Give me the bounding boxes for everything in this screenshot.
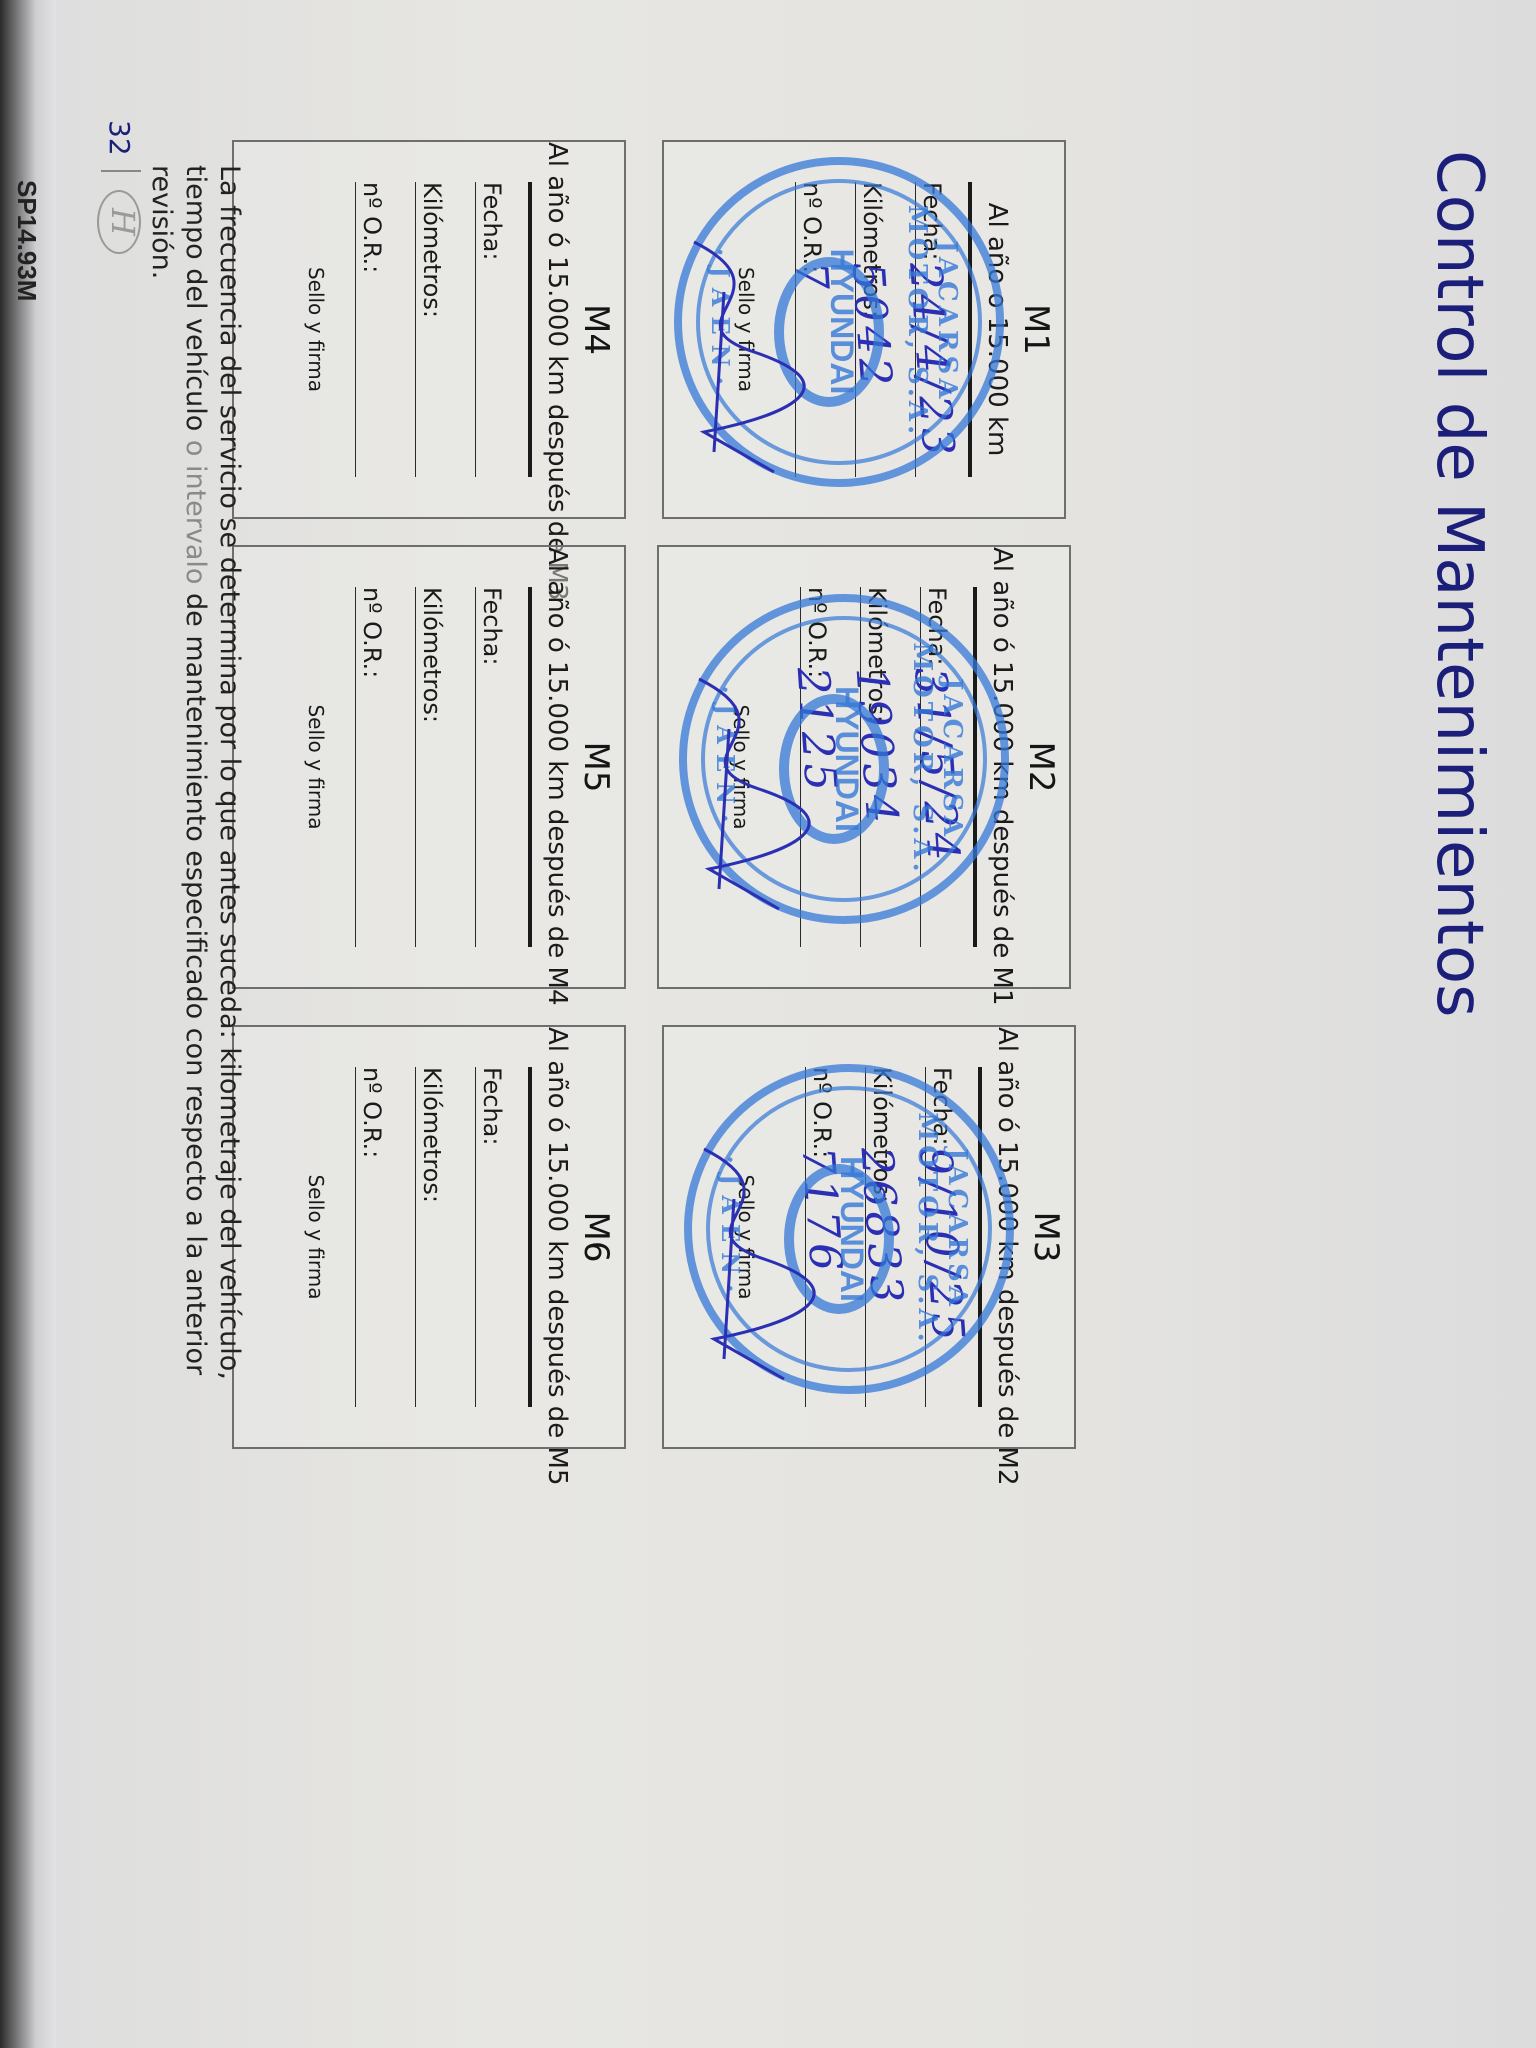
field-label: Fecha: bbox=[478, 587, 506, 665]
service-box-m6: M6Al año ó 15.000 km después de M5Fecha:… bbox=[232, 1025, 626, 1449]
handwritten-value: 24/4/23 bbox=[899, 260, 964, 461]
field-label: nº O.R.: bbox=[358, 587, 386, 678]
field-label: nº O.R.: bbox=[808, 1067, 836, 1158]
service-box-m5: M5Al año ó 15.000 km después de M4Fecha:… bbox=[232, 545, 626, 989]
service-interval: Al año ó 15.000 km después de M2 bbox=[992, 1027, 1022, 1447]
footnote-grey: o intervalo bbox=[180, 440, 211, 585]
kilometers-field[interactable]: Kilómetros:19034 bbox=[860, 587, 899, 947]
date-field[interactable]: Fecha:24/4/23 bbox=[915, 182, 954, 477]
kilometers-field[interactable]: Kilómetros: bbox=[415, 587, 454, 947]
handwritten-value: 26833 bbox=[850, 1145, 912, 1308]
field-label: Fecha: bbox=[478, 182, 506, 260]
or-number-field[interactable]: nº O.R.:2125 bbox=[800, 587, 839, 947]
kilometers-field[interactable]: Kilómetros: bbox=[415, 182, 454, 477]
service-code: M4 bbox=[576, 142, 616, 517]
field-label: nº O.R.: bbox=[803, 587, 831, 678]
stamp-signature-label: Sello y firma bbox=[304, 1027, 328, 1447]
or-number-field[interactable]: nº O.R.:7176 bbox=[805, 1067, 844, 1407]
date-field[interactable]: Fecha:31/5/24 bbox=[920, 587, 959, 947]
handwritten-value: 19034 bbox=[845, 665, 907, 828]
or-number-field[interactable]: nº O.R.:7 bbox=[795, 182, 834, 477]
date-field[interactable]: Fecha:9/10/25 bbox=[925, 1067, 964, 1407]
hyundai-logo-icon: H bbox=[97, 190, 141, 254]
stamp-city: ·JAEN· bbox=[706, 165, 735, 479]
stamp-signature-label: Sello y firma bbox=[304, 547, 328, 987]
kilometers-field[interactable]: Kilómetros: bbox=[415, 1067, 454, 1407]
service-interval: Al año ó 15.000 km después de M5 bbox=[542, 1027, 572, 1447]
service-box-m3: M3Al año ó 15.000 km después de M2Fecha:… bbox=[662, 1025, 1076, 1449]
page-separator bbox=[101, 170, 141, 172]
service-interval: Al año ó 15.000 km después de M1 bbox=[987, 547, 1017, 987]
handwritten-value: 31/5/24 bbox=[904, 665, 969, 866]
service-interval: Al año ó 15.000 km después de M3 bbox=[542, 142, 572, 517]
stamp-signature-label: Sello y firma bbox=[734, 142, 758, 517]
or-number-field[interactable]: nº O.R.: bbox=[355, 182, 394, 477]
handwritten-value: 9/10/25 bbox=[909, 1145, 974, 1346]
service-code: M2 bbox=[1021, 547, 1061, 987]
service-box-m2: M2Al año ó 15.000 km después de M1Fecha:… bbox=[657, 545, 1071, 989]
page-number: 32 bbox=[103, 120, 136, 156]
header-rule bbox=[528, 587, 532, 947]
header-rule bbox=[968, 182, 972, 477]
kilometers-field[interactable]: Kilómetros:5042 bbox=[855, 182, 894, 477]
footnote: La frecuencia del servicio se determina … bbox=[144, 165, 246, 1465]
field-label: nº O.R.: bbox=[358, 1067, 386, 1158]
field-label: Fecha: bbox=[918, 182, 946, 260]
date-field[interactable]: Fecha: bbox=[475, 1067, 514, 1407]
field-label: nº O.R.: bbox=[358, 182, 386, 273]
service-interval: Al año o 15.000 km bbox=[982, 142, 1012, 517]
service-code: M5 bbox=[576, 547, 616, 987]
kilometers-field[interactable]: Kilómetros:26833 bbox=[865, 1067, 904, 1407]
header-rule bbox=[978, 1067, 982, 1407]
header-rule bbox=[973, 587, 977, 947]
date-field[interactable]: Fecha: bbox=[475, 587, 514, 947]
field-label: Kilómetros: bbox=[418, 587, 446, 723]
field-label: Fecha: bbox=[923, 587, 951, 665]
field-label: Fecha: bbox=[928, 1067, 956, 1145]
service-code: M3 bbox=[1026, 1027, 1066, 1447]
service-code: M6 bbox=[576, 1027, 616, 1447]
handwritten-value: 7176 bbox=[792, 1145, 852, 1276]
service-interval: Al año ó 15.000 km después de M4 bbox=[542, 547, 572, 987]
service-code: M1 bbox=[1016, 142, 1056, 517]
date-field[interactable]: Fecha: bbox=[475, 182, 514, 477]
or-number-field[interactable]: nº O.R.: bbox=[355, 1067, 394, 1407]
field-label: Fecha: bbox=[478, 1067, 506, 1145]
stamp-signature-label: Sello y firma bbox=[304, 142, 328, 517]
handwritten-value: 7 bbox=[785, 260, 838, 295]
handwritten-value: 2125 bbox=[787, 665, 847, 796]
paper: Control de Mantenimientos M1Al año o 15.… bbox=[56, 0, 1536, 2048]
header-rule bbox=[528, 182, 532, 477]
stamp-signature-label: Sello y firma bbox=[729, 547, 753, 987]
field-label: Kilómetros: bbox=[418, 182, 446, 318]
service-box-m4: M4Al año ó 15.000 km después de M3Fecha:… bbox=[232, 140, 626, 519]
header-rule bbox=[528, 1067, 532, 1407]
stamp-signature-label: Sello y firma bbox=[734, 1027, 758, 1447]
service-box-m1: M1Al año o 15.000 kmFecha:24/4/23Kilómet… bbox=[662, 140, 1066, 519]
booklet-page: Control de Mantenimientos M1Al año o 15.… bbox=[0, 0, 1536, 2048]
page-title: Control de Mantenimientos bbox=[1422, 150, 1496, 1018]
or-number-field[interactable]: nº O.R.: bbox=[355, 587, 394, 947]
field-label: Kilómetros: bbox=[418, 1067, 446, 1203]
handwritten-value: 5042 bbox=[842, 260, 902, 391]
field-label: nº O.R.: bbox=[798, 182, 826, 273]
